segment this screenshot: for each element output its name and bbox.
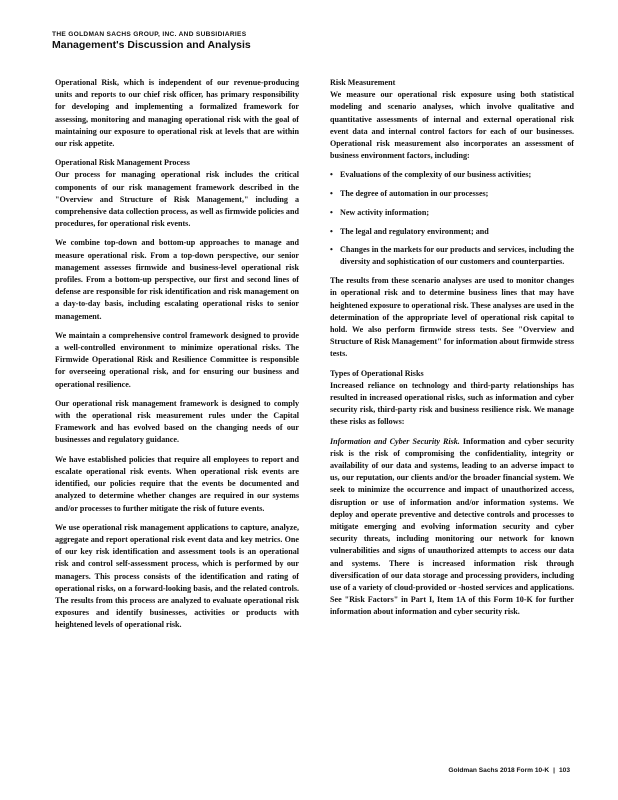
list-item: Evaluations of the complexity of our bus… bbox=[340, 169, 574, 181]
paragraph: We use operational risk management appli… bbox=[55, 522, 299, 632]
paragraph: Our process for managing operational ris… bbox=[55, 169, 299, 230]
paragraph: We combine top-down and bottom-up approa… bbox=[55, 237, 299, 322]
page-number: 103 bbox=[559, 767, 570, 774]
paragraph: Our operational risk management framewor… bbox=[55, 398, 299, 447]
paragraph: We measure our operational risk exposure… bbox=[330, 89, 574, 162]
list-item: The degree of automation in our processe… bbox=[340, 188, 574, 200]
cyber-paragraph: Information and Cyber Security Risk. Inf… bbox=[330, 436, 574, 619]
footer-separator: | bbox=[553, 767, 555, 774]
list-item: New activity information; bbox=[340, 207, 574, 219]
footer-doc: Goldman Sachs 2018 Form 10-K bbox=[448, 767, 549, 774]
section-title: Management's Discussion and Analysis bbox=[52, 39, 251, 52]
list-item: Changes in the markets for our products … bbox=[340, 244, 574, 268]
cyber-lead: Information and Cyber Security Risk. bbox=[330, 437, 460, 446]
measurement-heading: Risk Measurement bbox=[330, 77, 574, 89]
paragraph: Increased reliance on technology and thi… bbox=[330, 380, 574, 429]
left-column: Operational Risk, which is independent o… bbox=[55, 77, 299, 639]
process-heading: Operational Risk Management Process bbox=[55, 157, 299, 169]
factor-list: Evaluations of the complexity of our bus… bbox=[330, 169, 574, 268]
cyber-body: Information and cyber security risk is t… bbox=[330, 437, 574, 617]
page-footer: Goldman Sachs 2018 Form 10-K|103 bbox=[448, 767, 570, 774]
right-column: Risk Measurement We measure our operatio… bbox=[330, 77, 574, 626]
paragraph: We maintain a comprehensive control fram… bbox=[55, 330, 299, 391]
page-header: THE GOLDMAN SACHS GROUP, INC. AND SUBSID… bbox=[52, 31, 251, 52]
paragraph: The results from these scenario analyses… bbox=[330, 275, 574, 360]
paragraph: We have established policies that requir… bbox=[55, 454, 299, 515]
company-name: THE GOLDMAN SACHS GROUP, INC. AND SUBSID… bbox=[52, 31, 251, 39]
types-heading: Types of Operational Risks bbox=[330, 368, 574, 380]
intro-paragraph: Operational Risk, which is independent o… bbox=[55, 77, 299, 150]
list-item: The legal and regulatory environment; an… bbox=[340, 226, 574, 238]
